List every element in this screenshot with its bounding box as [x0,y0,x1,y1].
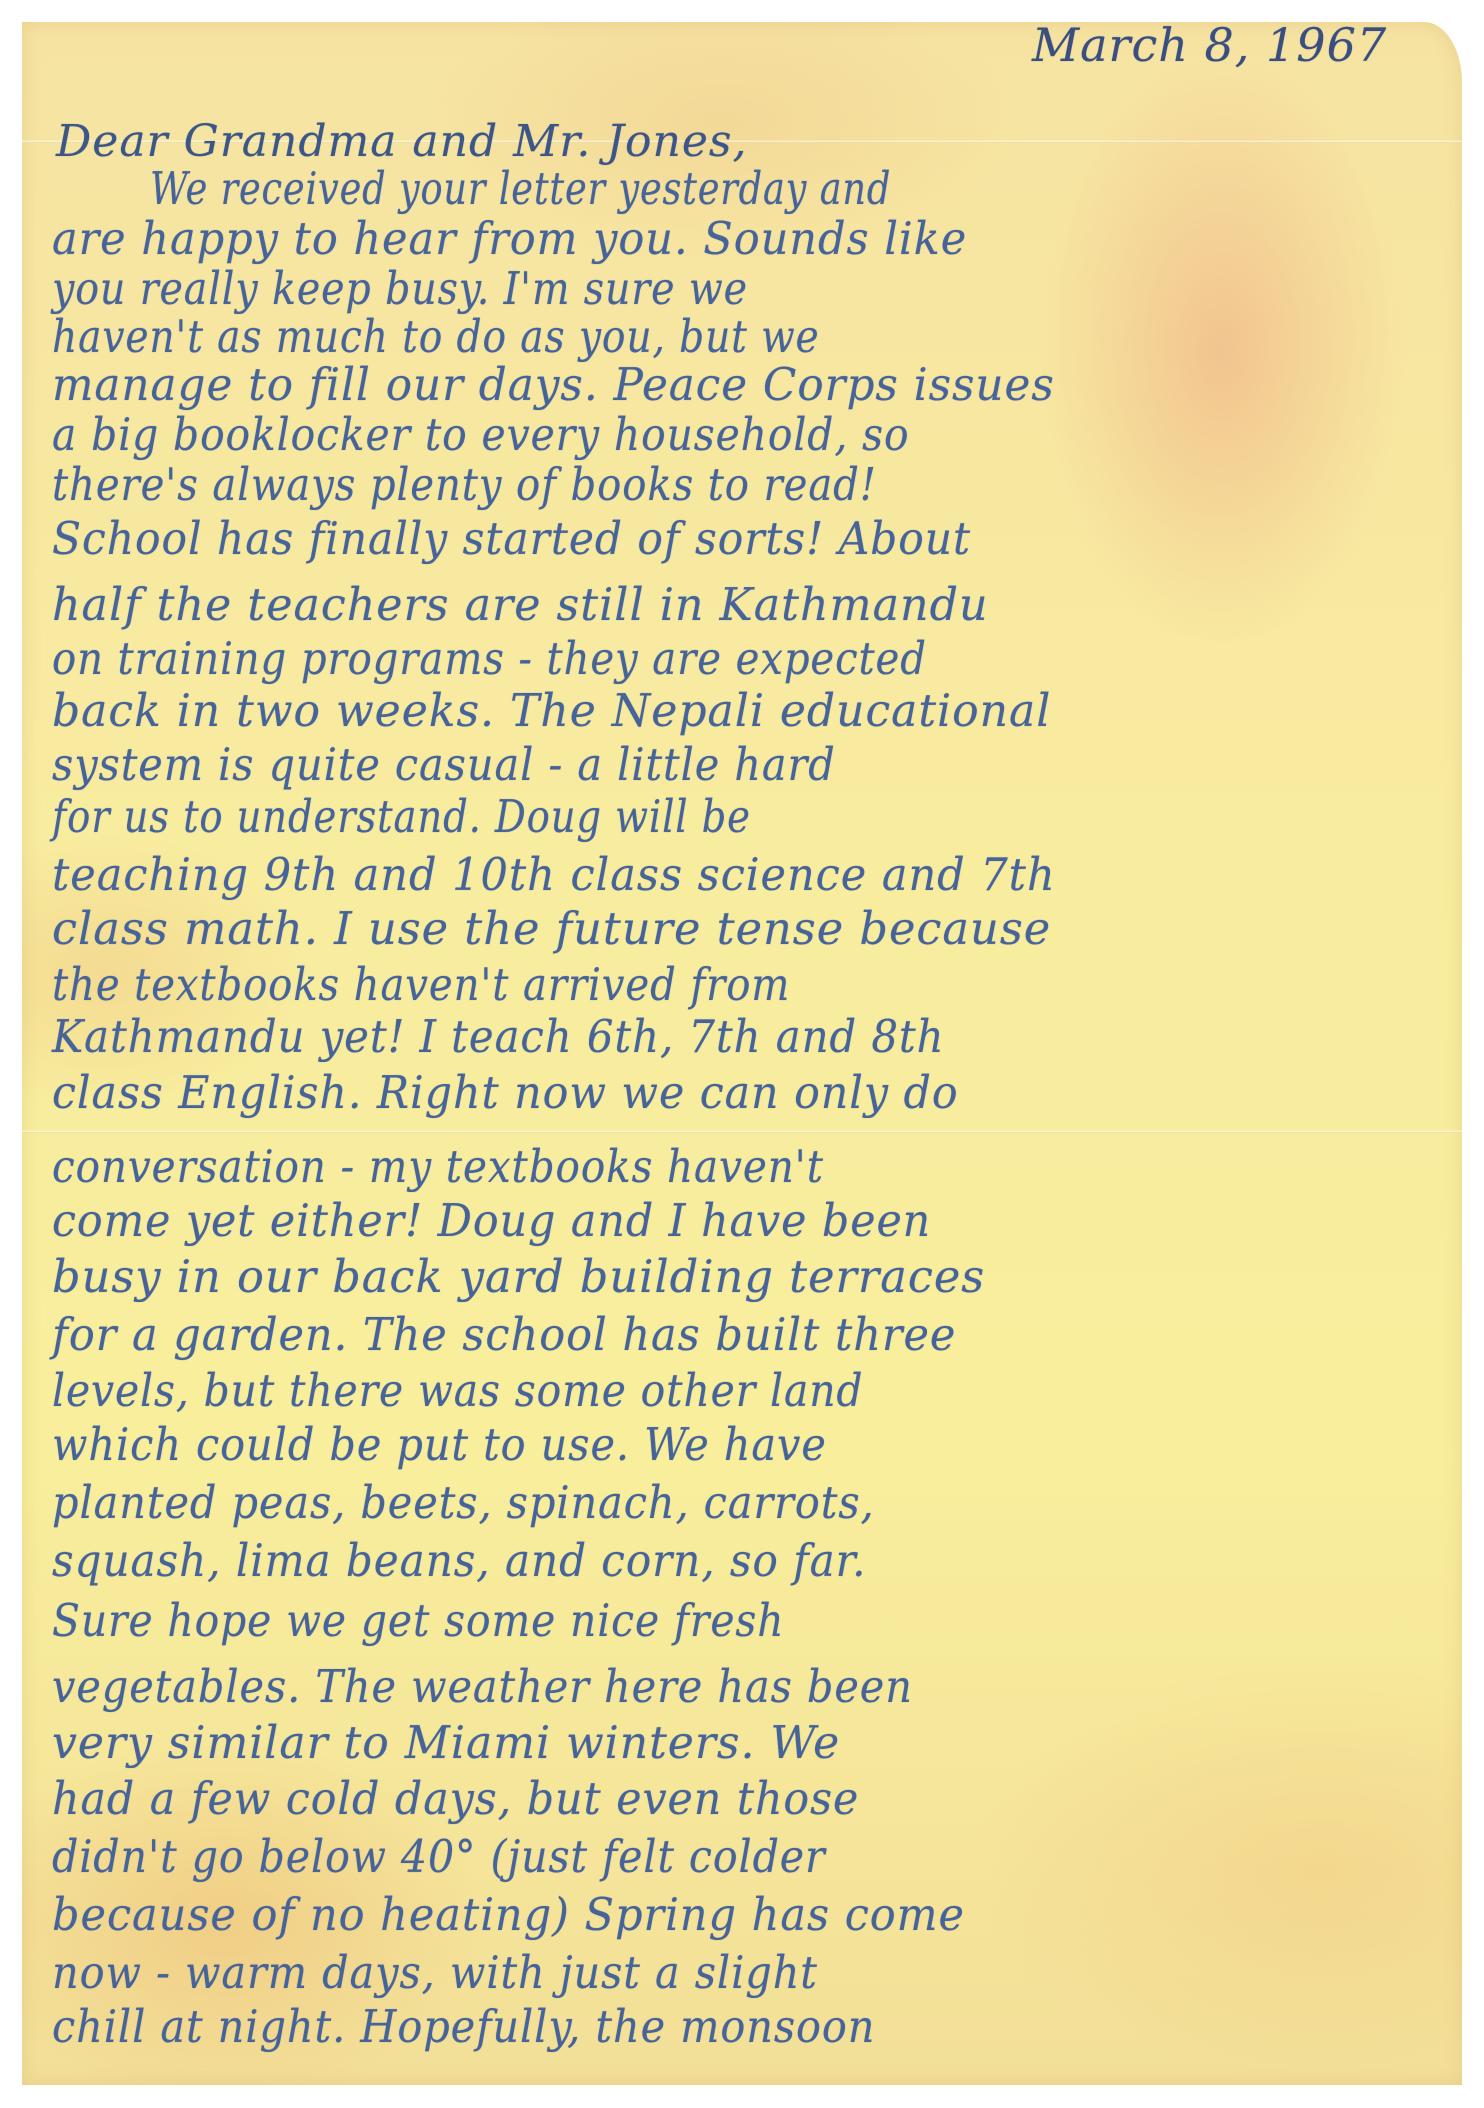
letter-line: now - warm days, with just a slight [52,1946,818,1999]
letter-line: Kathmandu yet! I teach 6th, 7th and 8th [52,1010,944,1063]
letter-line: the textbooks haven't arrived from [52,958,790,1011]
letter-line: manage to fill our days. Peace Corps iss… [52,358,1055,411]
letter-line: system is quite casual - a little hard [52,738,836,791]
letter-line: haven't as much to do as you, but we [52,310,820,363]
letter-line: teaching 9th and 10th class science and … [52,848,1056,901]
letter-line: squash, lima beans, and corn, so far. [52,1534,866,1587]
letter-line: for a garden. The school has built three [52,1308,956,1361]
letter-line: didn't go below 40° (just felt colder [52,1830,826,1883]
letter-line: a big booklocker to every household, so [52,408,909,461]
letter-line: are happy to hear from you. Sounds like [52,212,967,265]
letter-line: conversation - my textbooks haven't [52,1140,824,1193]
letter-line: chill at night. Hopefully, the monsoon [52,2000,875,2053]
letter-line: We received your letter yesterday and [150,162,891,215]
letter-salutation: Dear Grandma and Mr. Jones, [56,116,747,167]
letter-line: class English. Right now we can only do [52,1066,959,1119]
letter-line: School has finally started of sorts! Abo… [52,512,971,565]
fold-crease [22,1130,1462,1133]
letter-line: busy in our back yard building terraces [52,1250,985,1303]
letter-line: because of no heating) Spring has come [52,1888,965,1941]
letter-line: planted peas, beets, spinach, carrots, [52,1476,875,1529]
letter-line: you really keep busy. I'm sure we [52,262,748,315]
letter-line: had a few cold days, but even those [52,1772,859,1825]
letter-line: for us to understand. Doug will be [52,790,751,843]
letter-line: very similar to Miami winters. We [52,1716,840,1769]
letter-line: half the teachers are still in Kathmandu [52,578,989,631]
letter-line: vegetables. The weather here has been [52,1660,913,1713]
letter-line: back in two weeks. The Nepali educationa… [52,684,1051,737]
letter-line: levels, but there was some other land [52,1364,863,1417]
letter-line: come yet either! Doug and I have been [52,1194,931,1247]
letter-line: there's always plenty of books to read! [52,458,877,511]
letter-date: March 8, 1967 [1032,18,1387,72]
letter-line: which could be put to use. We have [52,1418,827,1471]
letter-line: on training programs - they are expected [52,632,927,685]
letter-line: class math. I use the future tense becau… [52,902,1051,955]
letter-line: Sure hope we get some nice fresh [52,1594,784,1647]
